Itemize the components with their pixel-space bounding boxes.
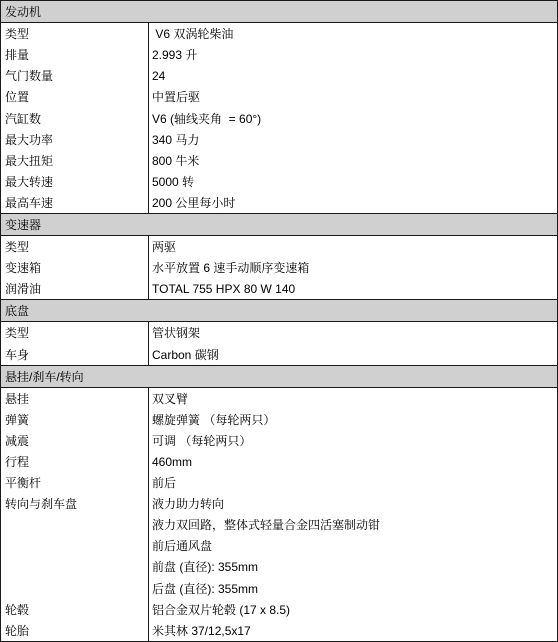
spec-row: 行程460mm	[1, 451, 557, 472]
spec-row: 轮胎米其林 37/12,5x17	[1, 620, 557, 641]
spec-value: 液力助力转向	[149, 493, 557, 514]
section-header-0: 发动机	[1, 1, 557, 23]
spec-table: 发动机类型 V6 双涡轮柴油排量2.993 升气门数量24位置中置后驱汽缸数V6…	[0, 0, 558, 642]
spec-value: 前盘 (直径): 355mm	[149, 556, 557, 577]
spec-label: 弹簧	[1, 409, 149, 430]
spec-label: 最大功率	[1, 129, 149, 150]
spec-value: 中置后驱	[149, 86, 557, 107]
spec-label: 类型	[1, 236, 149, 257]
spec-row: 车身Carbon 碳钢	[1, 344, 557, 365]
spec-label	[1, 535, 149, 556]
spec-value: 螺旋弹簧 （每轮两只）	[149, 409, 557, 430]
spec-row: 变速箱水平放置 6 速手动顺序变速箱	[1, 257, 557, 278]
spec-label: 最大转速	[1, 171, 149, 192]
spec-label: 类型	[1, 23, 149, 44]
spec-row: 润滑油TOTAL 755 HPX 80 W 140	[1, 278, 557, 299]
spec-row: 排量2.993 升	[1, 44, 557, 65]
spec-row: 前盘 (直径): 355mm	[1, 556, 557, 577]
spec-value: 米其林 37/12,5x17	[149, 620, 557, 641]
spec-value: 液力双回路，整体式轻量合金四活塞制动钳	[149, 514, 557, 535]
spec-row: 最大扭矩800 牛米	[1, 150, 557, 171]
spec-label: 转向与刹车盘	[1, 493, 149, 514]
section-header-1: 变速器	[1, 213, 557, 236]
spec-label: 润滑油	[1, 278, 149, 299]
spec-label: 最大扭矩	[1, 150, 149, 171]
spec-label: 最高车速	[1, 192, 149, 213]
spec-label: 轮胎	[1, 620, 149, 641]
section-header-2: 底盘	[1, 299, 557, 322]
spec-value: 340 马力	[149, 129, 557, 150]
spec-row: 轮毂铝合金双片轮毂 (17 x 8.5)	[1, 599, 557, 620]
spec-value: 24	[149, 65, 557, 86]
spec-row: 最高车速200 公里每小时	[1, 192, 557, 213]
spec-row: 类型 V6 双涡轮柴油	[1, 23, 557, 44]
spec-value: 460mm	[149, 451, 557, 472]
spec-label: 行程	[1, 451, 149, 472]
spec-label: 变速箱	[1, 257, 149, 278]
spec-value: 水平放置 6 速手动顺序变速箱	[149, 257, 557, 278]
spec-row: 弹簧螺旋弹簧 （每轮两只）	[1, 409, 557, 430]
spec-value: 管状钢架	[149, 322, 557, 343]
spec-value: 前后通风盘	[149, 535, 557, 556]
spec-label	[1, 578, 149, 599]
spec-label: 排量	[1, 44, 149, 65]
spec-row: 悬挂双叉臂	[1, 388, 557, 409]
spec-value: 铝合金双片轮毂 (17 x 8.5)	[149, 599, 557, 620]
spec-label: 汽缸数	[1, 107, 149, 128]
spec-row: 平衡杆前后	[1, 472, 557, 493]
spec-value: 两驱	[149, 236, 557, 257]
spec-label: 位置	[1, 86, 149, 107]
spec-row: 类型两驱	[1, 236, 557, 257]
spec-label	[1, 514, 149, 535]
spec-row: 汽缸数V6 (轴线夹角 = 60°)	[1, 107, 557, 128]
spec-row: 气门数量24	[1, 65, 557, 86]
spec-value: 前后	[149, 472, 557, 493]
spec-label: 轮毂	[1, 599, 149, 620]
spec-row: 位置中置后驱	[1, 86, 557, 107]
spec-row: 转向与刹车盘液力助力转向	[1, 493, 557, 514]
spec-label: 悬挂	[1, 388, 149, 409]
spec-label: 气门数量	[1, 65, 149, 86]
spec-row: 液力双回路，整体式轻量合金四活塞制动钳	[1, 514, 557, 535]
spec-label: 减震	[1, 430, 149, 451]
spec-row: 后盘 (直径): 355mm	[1, 578, 557, 599]
spec-row: 前后通风盘	[1, 535, 557, 556]
spec-label: 类型	[1, 322, 149, 343]
spec-row: 最大转速5000 转	[1, 171, 557, 192]
spec-value: 后盘 (直径): 355mm	[149, 578, 557, 599]
spec-value: 可调 （每轮两只）	[149, 430, 557, 451]
spec-label: 平衡杆	[1, 472, 149, 493]
spec-value: 5000 转	[149, 171, 557, 192]
spec-row: 减震可调 （每轮两只）	[1, 430, 557, 451]
section-header-3: 悬挂/刹车/转向	[1, 365, 557, 388]
spec-value: TOTAL 755 HPX 80 W 140	[149, 278, 557, 299]
spec-value: 2.993 升	[149, 44, 557, 65]
spec-label: 车身	[1, 344, 149, 365]
spec-value: 800 牛米	[149, 150, 557, 171]
spec-label	[1, 556, 149, 577]
spec-value: V6 (轴线夹角 = 60°)	[149, 107, 557, 128]
spec-value: V6 双涡轮柴油	[149, 23, 557, 44]
spec-row: 类型管状钢架	[1, 322, 557, 343]
spec-value: 双叉臂	[149, 388, 557, 409]
spec-value: 200 公里每小时	[149, 192, 557, 213]
spec-row: 最大功率340 马力	[1, 129, 557, 150]
spec-value: Carbon 碳钢	[149, 344, 557, 365]
